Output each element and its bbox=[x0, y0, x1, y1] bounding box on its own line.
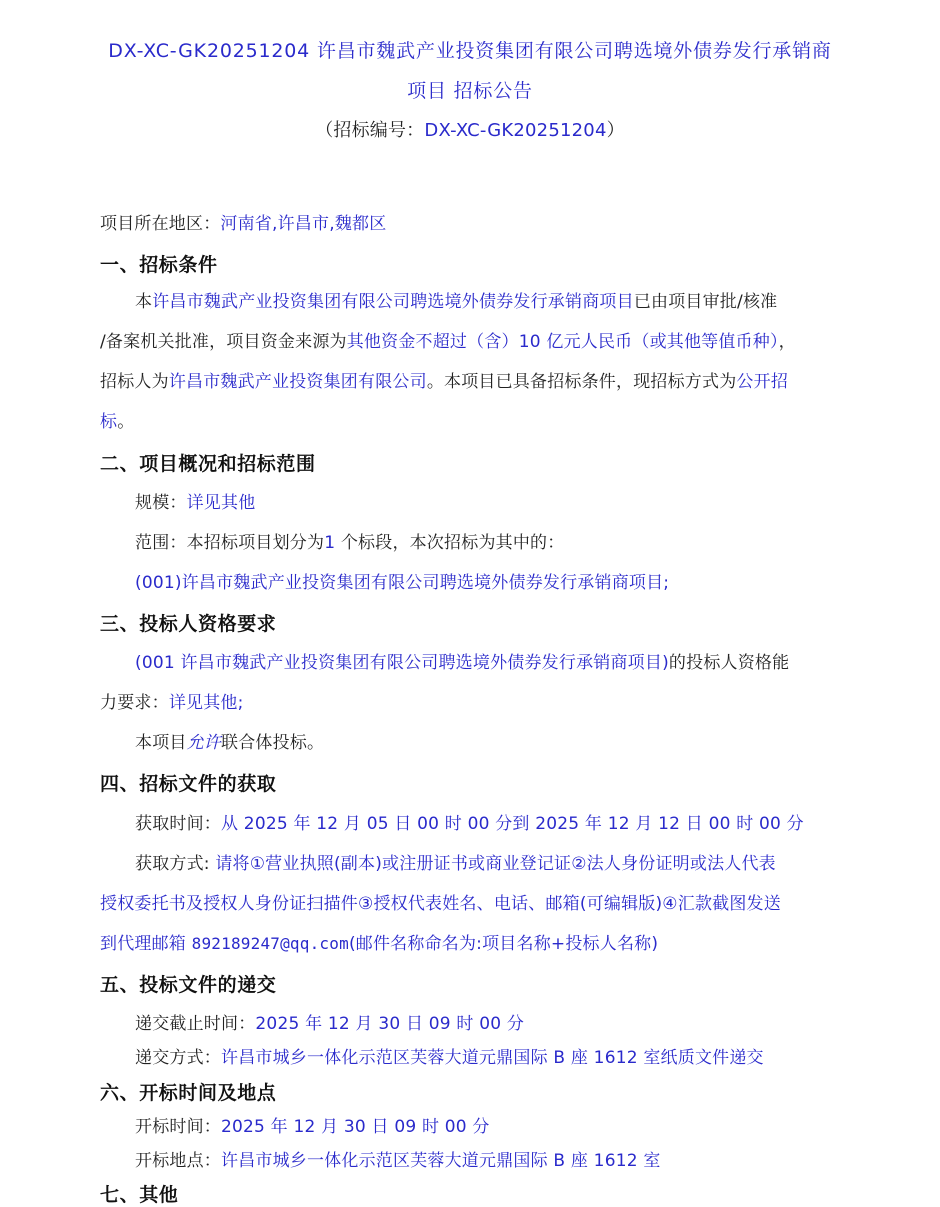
acquisition-time-value: 从 2025 年 12 月 05 日 00 时 00 分到 2025 年 12 … bbox=[221, 814, 804, 834]
section-5-heading: 五、投标文件的递交 bbox=[100, 972, 276, 998]
scale-label: 规模： bbox=[135, 493, 187, 513]
document-title-line-2: 项目 招标公告 bbox=[0, 78, 940, 104]
opening-place-label: 开标地点： bbox=[135, 1151, 221, 1171]
qualification-line-2: 力要求：详见其他; bbox=[100, 691, 244, 715]
submission-method-label: 递交方式： bbox=[135, 1048, 221, 1068]
lot-item: (001)许昌市魏武产业投资集团有限公司聘选境外债券发行承销商项目; bbox=[135, 571, 669, 595]
text: (邮件名称命名为:项目名称+投标人名称) bbox=[349, 934, 658, 954]
submission-deadline-line: 递交截止时间：2025 年 12 月 30 日 09 时 00 分 bbox=[135, 1012, 524, 1036]
acquisition-time-label: 获取时间： bbox=[135, 814, 221, 834]
scope-line: 范围：本招标项目划分为1 个标段，本次招标为其中的： bbox=[135, 531, 564, 555]
text: 本项目 bbox=[135, 733, 187, 753]
tender-code-line: （招标编号：DX-XC-GK20251204） bbox=[0, 118, 940, 144]
scale-line: 规模：详见其他 bbox=[135, 491, 255, 515]
text: 的投标人资格能 bbox=[669, 653, 789, 673]
section-2-heading: 二、项目概况和招标范围 bbox=[100, 451, 316, 477]
tender-code-value: DX-XC-GK20251204 bbox=[424, 120, 606, 141]
section-1-heading: 一、招标条件 bbox=[100, 252, 218, 278]
text: 。本项目已具备招标条件，现招标方式为 bbox=[427, 372, 737, 392]
acquisition-method-line-1: 获取方式: 请将①营业执照(副本)或注册证书或商业登记证②法人身份证明或法人代表 bbox=[135, 852, 776, 876]
section-3-heading: 三、投标人资格要求 bbox=[100, 611, 276, 637]
section-6-heading: 六、开标时间及地点 bbox=[100, 1080, 276, 1106]
section-7-heading: 七、其他 bbox=[100, 1182, 178, 1207]
acquisition-method-line-2: 授权委托书及授权人身份证扫描件③授权代表姓名、电话、邮箱(可编辑版)④汇款截图发… bbox=[100, 892, 781, 916]
submission-method-line: 递交方式：许昌市城乡一体化示范区芙蓉大道元鼎国际 B 座 1612 室纸质文件递… bbox=[135, 1046, 764, 1070]
opening-place-line: 开标地点：许昌市城乡一体化示范区芙蓉大道元鼎国际 B 座 1612 室 bbox=[135, 1149, 661, 1173]
acquisition-method-label: 获取方式: bbox=[135, 854, 210, 874]
lot-reference: (001 许昌市魏武产业投资集团有限公司聘选境外债券发行承销商项目) bbox=[135, 653, 669, 673]
qualification-value: 详见其他; bbox=[169, 693, 244, 713]
text: 个标段，本次招标为其中的： bbox=[341, 533, 565, 553]
section-1-paragraph-line-4: 标。 bbox=[100, 410, 134, 434]
consortium-allowed: 允许 bbox=[187, 733, 221, 753]
text: 范围：本招标项目划分为 bbox=[135, 533, 324, 553]
region-label: 项目所在地区： bbox=[100, 214, 220, 234]
opening-time-line: 开标时间：2025 年 12 月 30 日 09 时 00 分 bbox=[135, 1115, 490, 1139]
scale-value: 详见其他 bbox=[187, 493, 256, 513]
submission-method-value: 许昌市城乡一体化示范区芙蓉大道元鼎国际 B 座 1612 室纸质文件递交 bbox=[221, 1048, 764, 1068]
text: 。 bbox=[117, 412, 134, 432]
section-1-paragraph-line-3: 招标人为许昌市魏武产业投资集团有限公司。本项目已具备招标条件，现招标方式为公开招 bbox=[100, 370, 788, 394]
deadline-label: 递交截止时间： bbox=[135, 1014, 255, 1034]
lot-count: 1 bbox=[324, 533, 335, 553]
text: 招标人为 bbox=[100, 372, 169, 392]
region-value: 河南省,许昌市,魏都区 bbox=[220, 214, 386, 234]
section-1-paragraph-line-1: 本许昌市魏武产业投资集团有限公司聘选境外债券发行承销商项目已由项目审批/核准 bbox=[135, 290, 777, 314]
text: 本 bbox=[135, 292, 152, 312]
text: 力要求： bbox=[100, 693, 169, 713]
tender-code-prefix: （招标编号： bbox=[315, 120, 424, 141]
tender-method: 公开招 bbox=[736, 372, 788, 392]
tenderer-name: 许昌市魏武产业投资集团有限公司 bbox=[169, 372, 427, 392]
text: 联合体投标。 bbox=[221, 733, 324, 753]
tender-code-suffix: ） bbox=[607, 120, 625, 141]
text: 到代理邮箱 bbox=[100, 934, 192, 954]
opening-time-value: 2025 年 12 月 30 日 09 时 00 分 bbox=[221, 1117, 490, 1137]
acquisition-method-line-3: 到代理邮箱 892189247@qq.com(邮件名称命名为:项目名称+投标人名… bbox=[100, 932, 658, 956]
opening-time-label: 开标时间： bbox=[135, 1117, 221, 1137]
acquisition-time-line: 获取时间：从 2025 年 12 月 05 日 00 时 00 分到 2025 … bbox=[135, 812, 804, 836]
acquisition-method-text: 请将①营业执照(副本)或注册证书或商业登记证②法人身份证明或法人代表 bbox=[210, 854, 776, 874]
agency-email-link[interactable]: 892189247@qq.com bbox=[192, 934, 349, 953]
project-region: 项目所在地区：河南省,许昌市,魏都区 bbox=[100, 212, 386, 236]
text: ， bbox=[779, 332, 796, 352]
qualification-line-1: (001 许昌市魏武产业投资集团有限公司聘选境外债券发行承销商项目)的投标人资格… bbox=[135, 651, 789, 675]
consortium-line: 本项目允许联合体投标。 bbox=[135, 731, 324, 755]
text: /备案机关批准，项目资金来源为 bbox=[100, 332, 347, 352]
deadline-value: 2025 年 12 月 30 日 09 时 00 分 bbox=[255, 1014, 524, 1034]
project-name: 许昌市魏武产业投资集团有限公司聘选境外债券发行承销商项目 bbox=[152, 292, 634, 312]
section-4-heading: 四、招标文件的获取 bbox=[100, 771, 276, 797]
tender-method-cont: 标 bbox=[100, 412, 117, 432]
fund-source: 其他资金不超过（含）10 亿元人民币（或其他等值币种） bbox=[347, 332, 779, 352]
section-1-paragraph-line-2: /备案机关批准，项目资金来源为其他资金不超过（含）10 亿元人民币（或其他等值币… bbox=[100, 330, 796, 354]
opening-place-value: 许昌市城乡一体化示范区芙蓉大道元鼎国际 B 座 1612 室 bbox=[221, 1151, 661, 1171]
document-title-line-1: DX-XC-GK20251204 许昌市魏武产业投资集团有限公司聘选境外债券发行… bbox=[0, 38, 940, 64]
text: 已由项目审批/核准 bbox=[634, 292, 778, 312]
